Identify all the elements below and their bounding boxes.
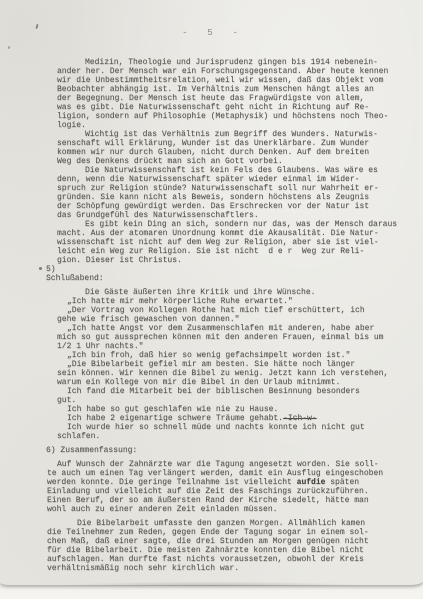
text-line: logie.	[57, 121, 410, 130]
text-segment-strike: -Ich-w-	[283, 414, 317, 423]
text-segment: „Die Bibelarbeit gefiel mir am besten. S…	[67, 360, 355, 369]
text-segment: ligion, sondern auf Philosophie (Metaphy…	[57, 112, 388, 121]
text-segment: Ich habe so gut geschlafen wie nie zu Ha…	[67, 405, 278, 414]
text-segment: Es gibt kein Ding an sich, sondern nur d…	[85, 220, 397, 229]
text-line: Beobachter abhängig ist. Im Verhältnis z…	[57, 85, 410, 94]
text-segment: gut.	[57, 396, 76, 405]
text-line: warum ein Kollege von mir die Bibel in d…	[57, 378, 410, 387]
text-segment: was es gibt. Die Naturwissenschaft geht …	[57, 103, 369, 112]
text-line: Die Bibelarbeit umfasste den ganzen Morg…	[77, 519, 410, 528]
text-segment: 1/2 1 Uhr nachts."	[57, 342, 143, 351]
text-line: gründen. Sie kann nicht als Beweis, sond…	[57, 193, 410, 202]
text-segment: Schlußabend:	[46, 274, 104, 283]
text-segment: kommen wir nur durch Glauben, nicht durc…	[57, 148, 369, 157]
text-segment: Die Naturwissenschaft ist kein Fels des …	[85, 166, 378, 175]
text-segment: Auf Wunsch der Zahnärzte war die Tagung …	[57, 460, 379, 469]
text-line: gion. Dieser ist Christus.	[57, 256, 410, 265]
text-line: für die Bibelarbeit. Die meisten Zahnärz…	[47, 546, 410, 555]
text-segment: te auch um einen Tag verlängert werden, …	[47, 469, 383, 478]
text-segment: „Der Vortrag von Kollegen Rothe hat mich…	[67, 306, 365, 315]
text-segment: sein können. Wir kennen die Bibel zu wen…	[57, 369, 388, 378]
page-number: - 5 -	[0, 28, 423, 38]
text-segment: spruch zur Religion stünde? Naturwissens…	[57, 184, 379, 193]
text-line: macht. Aus der atomaren Unordnung kommt …	[57, 229, 410, 238]
text-segment: wissenschaft ist nicht auf dem Weg zur R…	[57, 238, 379, 247]
text-line: gehe wie frisch gewaschen von dannen."	[57, 315, 410, 324]
text-segment: gion. Dieser ist Christus.	[57, 256, 182, 265]
text-line: ander her. Der Mensch war ein Forschungs…	[57, 67, 410, 76]
text-segment: macht. Aus der atomaren Unordnung kommt …	[57, 229, 379, 238]
text-segment: Medizin, Theologie und Jurisprudenz ging…	[85, 58, 378, 67]
text-segment: werden konnte. Die geringe Teilnahme ist…	[47, 478, 297, 487]
text-line: 5)	[46, 265, 410, 274]
text-segment: Beobachter abhängig ist. Im Verhältnis z…	[57, 85, 374, 94]
text-segment: leicht ein Weg zur Religion. Sie ist nic…	[57, 247, 364, 256]
text-segment: senschaft will Erklärung, Wunder ist das…	[57, 139, 369, 148]
text-segment: das Grundgefühl des Naturwissenschaftler…	[57, 211, 259, 220]
text-segment: Einen Beruf, der so am äußersten Rand de…	[47, 496, 369, 505]
text-line: verhältnismäßig noch sehr kirchlich war.	[47, 564, 410, 573]
text-line: mich so gut aussprechen können mit den a…	[57, 333, 410, 342]
text-line: 1/2 1 Uhr nachts."	[57, 342, 410, 351]
text-segment: Ich fand die Mitarbeit bei der biblische…	[67, 387, 360, 396]
text-segment: schlafen.	[57, 432, 100, 441]
text-segment: Einladung und vielleicht auf die Zeit de…	[47, 487, 369, 496]
text-segment: „Ich hatte mir mehr körperliche Ruhe erw…	[67, 297, 293, 306]
text-line: Es gibt kein Ding an sich, sondern nur d…	[85, 220, 410, 229]
text-line: Ich habe so gut geschlafen wie nie zu Ha…	[67, 405, 410, 414]
text-line: gut.	[57, 396, 410, 405]
text-line: werden konnte. Die geringe Teilnahme ist…	[47, 478, 410, 487]
text-line: leicht ein Weg zur Religion. Sie ist nic…	[57, 247, 410, 256]
text-segment: logie.	[57, 121, 86, 130]
text-segment: Die Gäste äußerten ihre Kritik und ihre …	[85, 288, 315, 297]
text-line: Einen Beruf, der so am äußersten Rand de…	[47, 496, 410, 505]
text-line: „Ich bin froh, daß hier so wenig gefachs…	[67, 351, 410, 360]
text-line: der Begegnung. Der Mensch ist heute das …	[57, 94, 410, 103]
text-line: spruch zur Religion stünde? Naturwissens…	[57, 184, 410, 193]
text-segment: der Schöpfung gewürdigt werden. Das Ersc…	[57, 202, 369, 211]
text-line: schlafen.	[57, 432, 410, 441]
text-segment: wohl auch zu einer anderen Zeit einladen…	[47, 505, 277, 514]
text-segment: warum ein Kollege von mir die Bibel in d…	[57, 378, 340, 387]
scan-artifact	[8, 46, 11, 50]
text-segment: 6) Zusammenfassung:	[46, 446, 137, 455]
text-line: wohl auch zu einer anderen Zeit einladen…	[47, 505, 410, 514]
text-segment: wir die Unbestimmtheitsrelation, weil wi…	[57, 76, 383, 85]
text-line: Ich fand die Mitarbeit bei der biblische…	[67, 387, 410, 396]
text-line: Auf Wunsch der Zahnärzte war die Tagung …	[57, 460, 410, 469]
text-segment: die Teilnehmer zum Reden, gegen Ende der…	[47, 528, 369, 537]
text-line: Die Naturwissenschaft ist kein Fels des …	[85, 166, 410, 175]
text-segment: „Ich bin froh, daß hier so wenig gefachs…	[67, 351, 350, 360]
text-line: ligion, sondern auf Philosophie (Metaphy…	[57, 112, 410, 121]
text-line: Einladung und vielleicht auf die Zeit de…	[47, 487, 410, 496]
text-line: chen Maß, daß einer sagte, die drei Stun…	[47, 537, 410, 546]
text-line: die Teilnehmer zum Reden, gegen Ende der…	[47, 528, 410, 537]
text-segment: Die Bibelarbeit umfasste den ganzen Morg…	[77, 519, 365, 528]
text-segment: 5)	[46, 265, 56, 274]
text-segment: mich so gut aussprechen können mit den a…	[57, 333, 383, 342]
scan-artifact	[39, 267, 42, 270]
text-segment: gehe wie frisch gewaschen von dannen."	[57, 315, 239, 324]
text-line: der Schöpfung gewürdigt werden. Das Ersc…	[57, 202, 410, 211]
paper-edge-shadow	[2, 580, 420, 586]
typewritten-text: Medizin, Theologie und Jurisprudenz ging…	[45, 58, 410, 573]
text-line: Medizin, Theologie und Jurisprudenz ging…	[85, 58, 410, 67]
text-segment: der Begegnung. Der Mensch ist heute das …	[57, 94, 364, 103]
text-segment: verhältnismäßig noch sehr kirchlich war.	[47, 564, 239, 573]
text-segment: für die Bibelarbeit. Die meisten Zahnärz…	[47, 546, 364, 555]
text-line: Ich wurde hier so schnell müde und nacht…	[67, 423, 410, 432]
text-line: wir die Unbestimmtheitsrelation, weil wi…	[57, 76, 410, 85]
text-segment: Ich habe 2 eigenartige schwere Träume ge…	[67, 414, 283, 423]
text-segment: chen Maß, daß einer sagte, die drei Stun…	[47, 537, 369, 546]
text-line: Die Gäste äußerten ihre Kritik und ihre …	[85, 288, 410, 297]
text-line: denn, wenn die Naturwissenschaft später …	[57, 175, 410, 184]
text-segment: Weg des Denkens drückt man sich an Gott …	[57, 157, 283, 166]
text-line: kommen wir nur durch Glauben, nicht durc…	[57, 148, 410, 157]
text-line: aufschlagen. Man durfte fast nichts vora…	[47, 555, 410, 564]
text-segment: Wichtig ist das Verhältnis zum Begriff d…	[85, 130, 378, 139]
text-segment-bold: aufdie	[297, 478, 326, 487]
text-line: Wichtig ist das Verhältnis zum Begriff d…	[85, 130, 410, 139]
text-line: senschaft will Erklärung, Wunder ist das…	[57, 139, 410, 148]
text-segment: „Ich hatte Angst vor dem Zusammenschlafe…	[67, 324, 374, 333]
text-line: te auch um einen Tag verlängert werden, …	[47, 469, 410, 478]
text-line: sein können. Wir kennen die Bibel zu wen…	[57, 369, 410, 378]
text-segment: Ich wurde hier so schnell müde und nacht…	[67, 423, 365, 432]
text-segment: denn, wenn die Naturwissenschaft später …	[57, 175, 359, 184]
text-line: „Der Vortrag von Kollegen Rothe hat mich…	[67, 306, 410, 315]
scanned-page: - 5 - Medizin, Theologie und Jurispruden…	[0, 0, 423, 585]
text-line: Weg des Denkens drückt man sich an Gott …	[57, 157, 410, 166]
text-line: „Die Bibelarbeit gefiel mir am besten. S…	[67, 360, 410, 369]
text-line: wissenschaft ist nicht auf dem Weg zur R…	[57, 238, 410, 247]
text-segment: gründen. Sie kann nicht als Beweis, sond…	[57, 193, 369, 202]
text-line: das Grundgefühl des Naturwissenschaftler…	[57, 211, 410, 220]
text-line: was es gibt. Die Naturwissenschaft geht …	[57, 103, 410, 112]
text-line: Schlußabend:	[46, 274, 410, 283]
text-line: „Ich hatte Angst vor dem Zusammenschlafe…	[67, 324, 410, 333]
text-line: „Ich hatte mir mehr körperliche Ruhe erw…	[67, 297, 410, 306]
text-segment: ander her. Der Mensch war ein Forschungs…	[57, 67, 388, 76]
text-segment: späten	[325, 478, 359, 487]
text-line: 6) Zusammenfassung:	[46, 446, 410, 455]
text-segment: aufschlagen. Man durfte fast nichts vora…	[47, 555, 364, 564]
text-line: Ich habe 2 eigenartige schwere Träume ge…	[67, 414, 410, 423]
